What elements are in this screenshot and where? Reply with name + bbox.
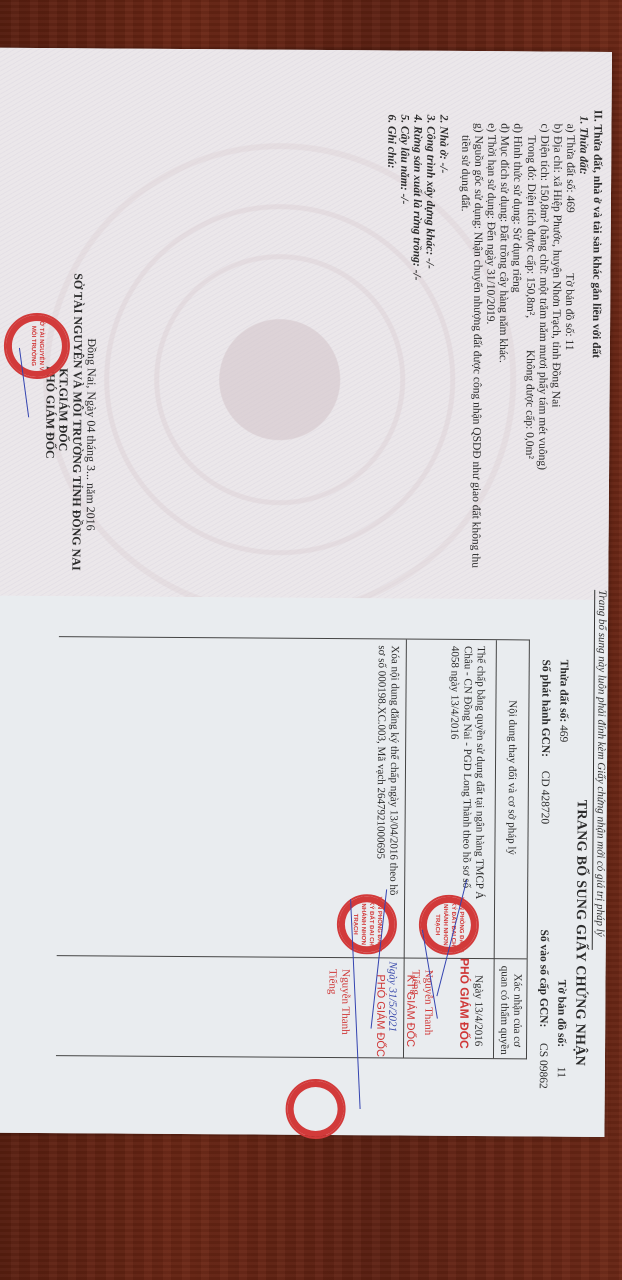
- cert-entry-number: CS 09862: [537, 1043, 549, 1089]
- map-sheet-info: Tờ bản đồ số: 11: [555, 980, 568, 1078]
- signing-title: PHÓ GIÁM ĐỐC: [43, 366, 57, 459]
- parcel-number: 469: [557, 725, 569, 742]
- land-use-certificate-document: II. Thửa đất, nhà ở và tài sản khác gắn …: [0, 48, 612, 1137]
- land-heading: 1. Thửa đất:: [576, 116, 590, 175]
- changes-table: Nội dung thay đổi và cơ sở pháp lý Xác n…: [56, 636, 530, 1059]
- signing-place-date: Đồng Nai, Ngày 04 tháng 3... năm 2016: [83, 338, 98, 530]
- row2-red-stamp: VĂN PHÒNG ĐĂNG KÝ ĐẤT ĐAI CHI NHÁNH NHƠN…: [337, 894, 397, 954]
- certificate-supplement-page: Trang bổ sung này luôn phải đính kèm Giấ…: [0, 596, 608, 1137]
- cert-issue-number: CD 428720: [539, 771, 551, 824]
- area-detail: Trong đó: Diện tích được cấp: 150,8m², K…: [522, 135, 538, 459]
- certificate-page-left: II. Thửa đất, nhà ở và tài sản khác gắn …: [0, 48, 612, 600]
- map-sheet-label: Tờ bản đồ số:: [555, 980, 567, 1047]
- map-sheet-number: 11: [563, 339, 575, 350]
- parcel-number: 469: [564, 195, 576, 212]
- row1-title: PHÓ GIÁM ĐỐC: [457, 958, 471, 1049]
- cert-issue-info: Số phát hành GCN: CD 428720: [539, 660, 552, 825]
- land-origin-cont: tiền sử dụng đất.: [457, 135, 471, 212]
- notes: 6. Ghi chú:: [384, 114, 398, 168]
- parcel-label: a) Thửa đất số:: [564, 124, 576, 193]
- header-content: Nội dung thay đổi và cơ sở pháp lý: [504, 700, 518, 855]
- map-sheet-number: 11: [555, 1067, 567, 1078]
- footer-note: Trang bổ sung này luôn phải đính kèm Giấ…: [592, 590, 609, 950]
- production-forest: 4. Rừng sản xuất là rừng trồng: -/-: [409, 115, 424, 281]
- row2-on-behalf: KT GIÁM ĐỐC: [403, 975, 417, 1048]
- use-form: d) Hình thức sử dụng: Sử dụng riêng: [509, 123, 524, 292]
- cert-entry-label: Số vào sổ cấp GCN:: [537, 930, 550, 1028]
- perennial-trees: 5. Cây lâu năm: -/-: [396, 115, 410, 205]
- official-red-stamp: SỞ TÀI NGUYÊN VÀ MÔI TRƯỜNG: [4, 313, 70, 379]
- use-purpose: đ) Mục đích sử dụng: Đất trồng cây hàng …: [495, 123, 510, 363]
- address: b) Địa chỉ: xã Hiệp Phước, huyện Nhơn Tr…: [548, 124, 563, 408]
- partial-red-stamp: [285, 1079, 345, 1139]
- row2-date: Ngày 31/5/2021: [385, 961, 398, 1032]
- row1-date: Ngày 13/4/2016: [471, 975, 484, 1046]
- parcel-label: Thửa đất số:: [557, 660, 569, 723]
- signing-authority: SỞ TÀI NGUYÊN VÀ MÔI TRƯỜNG TỈNH ĐỒNG NA…: [69, 273, 85, 570]
- parcel-row: a) Thửa đất số: 469 Tờ bản đồ số: 11: [561, 124, 576, 351]
- cert-issue-label: Số phát hành GCN:: [539, 660, 552, 758]
- use-term: e) Thời hạn sử dụng: Đến ngày 31/10/2019…: [483, 123, 498, 324]
- signing-on-behalf: KT.GIÁM ĐỐC: [56, 368, 70, 451]
- house: 2. Nhà ở: -/-: [436, 115, 450, 174]
- cert-entry-info: Số vào sổ cấp GCN: CS 09862: [537, 930, 550, 1089]
- header-confirmation: Xác nhận của cơ quan có thẩm quyền: [497, 965, 524, 1055]
- supplement-page-title: TRANG BỔ SUNG GIẤY CHỨNG NHẬN: [571, 800, 589, 1066]
- parcel-info: Thửa đất số: 469: [557, 660, 570, 743]
- section-title: II. Thửa đất, nhà ở và tài sản khác gắn …: [588, 110, 603, 358]
- area-not-granted: Không được cấp: 0,0m²: [523, 350, 536, 459]
- other-construction: 3. Công trình xây dựng khác: -/-: [422, 115, 437, 269]
- map-sheet-label: Tờ bản đồ số:: [563, 273, 575, 336]
- area-granted: Trong đó: Diện tích được cấp: 150,8m²,: [524, 135, 537, 318]
- row2-signer: Nguyễn Thanh Tiếng: [325, 969, 352, 1057]
